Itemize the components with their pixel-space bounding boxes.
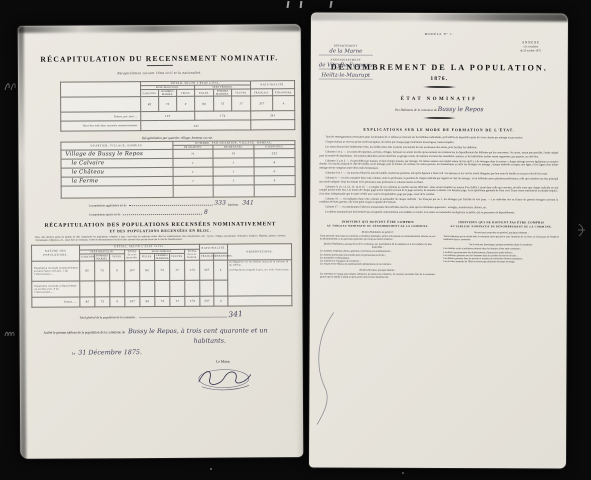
left-page-subtitle: Récapitulation suivant l'état civil et l… <box>18 70 301 76</box>
paragraph: Tous les renseignements nécessaires pour… <box>319 135 558 140</box>
nature-populations-header: NATURE DES POPULATIONS. <box>32 245 80 261</box>
arrete-handwritten: Bussy le Repos, à trois cent quarante et… <box>128 326 268 335</box>
empty-cell <box>173 186 213 198</box>
value-cell: 174 <box>185 296 200 306</box>
commune-line: Des Habitants de la commune de Bussy le … <box>311 105 568 113</box>
value-cell: 84 <box>140 260 155 280</box>
empty-cell <box>200 280 214 296</box>
empty-cell <box>251 120 295 130</box>
value-cell: 73 <box>159 97 177 112</box>
col-header: FEMMES MARIÉES. <box>214 89 232 96</box>
etat-nominatif-title: ÉTAT NOMINATIF <box>311 96 568 102</box>
value-cell: 4 <box>214 260 228 280</box>
agglomeree-value: 333 <box>214 200 225 207</box>
commune-handwritten: Bussy le Repos <box>438 106 484 113</box>
paragraph: Colonnes 6 et 7. — On inscrira d'abord l… <box>319 171 558 176</box>
observations-cell: (1) Rapporter ici les chiffres totaux de… <box>228 259 292 295</box>
explications-title: EXPLICATIONS SUR LE MODE DE FORMATION DE… <box>310 127 567 132</box>
value-cell: 79 <box>213 149 254 158</box>
margin-scribble <box>3 328 17 340</box>
paragraph: Colonne 17. — On mentionnera l'absence m… <box>319 206 558 211</box>
population-agglomeree-line: La population agglomérée est de 333 habi… <box>89 200 254 208</box>
paragraph: Chaque maison ne recevra qu'une seule in… <box>319 141 558 146</box>
margin-scribble <box>576 222 588 238</box>
recap-populations-subtitle: ET DES POPULATIONS RECENSÉES EN BLOC. <box>19 229 302 235</box>
le-printed: Le <box>72 351 76 355</box>
total-fem-header: TOTAL du sexe féminin. <box>185 249 200 260</box>
row-label: Population recensée nominativement suiva… <box>32 261 80 281</box>
eparse-value: 8 <box>204 209 208 216</box>
value-cell: 71 <box>173 150 213 159</box>
value-cell: 1 <box>213 167 254 176</box>
maire-signature <box>194 364 283 394</box>
totaux-par-sexe-label: Totaux, par sexe..... <box>61 112 141 121</box>
binding-tick <box>286 1 289 8</box>
empty-cell <box>170 280 185 296</box>
total-general-line: Total général de la population de la com… <box>79 309 242 319</box>
binding-tick <box>300 1 303 8</box>
section-head: Ne sont pas comprises en général, quoiqu… <box>444 231 560 235</box>
recap-note: Dans cette dernière partie du tableau on… <box>35 235 286 243</box>
individus-non-compris-column: INDIVIDUS QUI NE DOIVENT PAS ÊTRE COMPRI… <box>443 221 559 280</box>
value-cell: 6 <box>254 167 295 176</box>
col-header: HOMMES MARIÉS. <box>95 254 110 261</box>
paragraph: Colonnes 1 et 2. — Les noms des quartier… <box>319 151 558 159</box>
value-cell: 17 <box>170 260 185 280</box>
value-cell: 167 <box>125 296 140 306</box>
section-body: Les individus en voyage pour affaires or… <box>320 273 436 280</box>
total-masc-cell: 167 <box>141 112 195 121</box>
section-body: Toute habitation qui ne réside dans la c… <box>443 235 559 242</box>
agglomeree-label: La population agglomérée est de <box>89 204 127 208</box>
value-cell: 9 <box>110 260 125 280</box>
empty-cell <box>110 280 125 296</box>
value-cell: 4 <box>273 96 295 111</box>
value-cell: 1 <box>213 158 254 167</box>
annexe-box: ANNEXE à la circulaire du 25 octobre 187… <box>506 39 556 54</box>
col-header: FEMMES MARIÉES. <box>155 253 170 260</box>
recap-quartier-table: QUARTIER, VILLAGE, HAMEAU. NOMBRE, PAR Q… <box>60 140 295 199</box>
dotted-leader <box>122 214 202 215</box>
value-cell: 9 <box>177 97 195 112</box>
margin-scribble <box>3 78 17 94</box>
empty-cell <box>80 281 95 297</box>
value-cell: 8 <box>254 158 295 167</box>
section-head: Du fait d'habitation, quoique hors de la… <box>320 243 436 250</box>
arrondissement-handwritten: de Vitry-le-François <box>319 62 373 69</box>
recap-populations-table: NATURE DES POPULATIONS. DÉTAIL, SELON L'… <box>31 244 292 308</box>
value-cell: 337 <box>251 96 273 111</box>
paragraph: Les noms devront être lisiblement écrits… <box>319 146 558 151</box>
total-nat-cell: 341 <box>251 111 295 120</box>
arrete-printed-text: Arrêté le présent tableau de la populati… <box>44 330 126 334</box>
departement-block: DÉPARTEMENT de la Marne ARRONDISSEMENT d… <box>317 44 375 82</box>
left-page: RÉCAPITULATION DU RECENSEMENT NOMINATIF.… <box>18 24 304 459</box>
date-handwritten: 31 Décembre 1875. <box>78 348 142 356</box>
value-cell: 17 <box>170 296 185 306</box>
recap-etat-civil-table: DÉTAIL SELON L'ÉTAT CIVIL. NATIONALITÉ. … <box>60 80 295 132</box>
value-cell: 9 <box>110 296 125 306</box>
empty-cell <box>125 280 140 296</box>
left-page-title: RÉCAPITULATION DU RECENSEMENT NOMINATIF. <box>18 53 301 64</box>
value-cell: 73 <box>214 96 232 111</box>
list-line: Les ouvriers nomades de l'État ne faisan… <box>443 260 559 264</box>
empty-cell <box>155 280 170 296</box>
nationalite-header: NATIONALITÉ. <box>251 81 295 90</box>
total-masc-header: TOTAL du sexe masculin. <box>125 249 140 260</box>
binding-tick <box>329 1 332 8</box>
value-cell: 84 <box>195 96 214 111</box>
empty-header-cell <box>61 82 141 98</box>
explications-paragraphs: Tous les renseignements nécessaires pour… <box>319 135 558 215</box>
habitants-suffix: habitants <box>228 203 238 207</box>
divider <box>146 65 172 66</box>
paragraph: Le tableau nominatif une fois terminé se… <box>319 211 558 216</box>
individus-compris-column: INDIVIDUS QUI DOIVENT ÊTRE COMPRIS AU TA… <box>320 220 436 279</box>
value-cell: 1 <box>173 168 213 177</box>
column-subtitle: AU TABLEAU NOMINATIF DU DÉNOMBREMENT DE … <box>444 225 560 229</box>
commune-prefix: Des Habitants de la commune de <box>395 108 437 112</box>
paragraph: Colonnes 3, 4 et 5. — On procédera par m… <box>319 159 558 171</box>
empty-cell <box>254 185 295 197</box>
value-cell: 337 <box>200 260 214 280</box>
modele-number: MODÈLE N° 1. <box>311 31 568 36</box>
arrete-handwritten-2: habitants. <box>194 336 226 344</box>
value-cell: 73 <box>155 296 170 306</box>
row-label: Population recensée collectivement ou en… <box>32 281 80 297</box>
empty-cell <box>213 185 254 197</box>
empty-cell <box>95 281 110 297</box>
population-eparse-line: La population éparse est de 8 <box>89 209 254 217</box>
value-cell: 337 <box>200 296 214 306</box>
population-total-brace-value: 341 <box>242 200 253 207</box>
value-cell: 174 <box>185 260 200 280</box>
empty-cell <box>61 97 141 112</box>
obs-note: (2) Population comptée à part, art. 8 de… <box>229 269 290 272</box>
value-cell: 4 <box>254 176 295 185</box>
value-cell: 1 <box>173 177 213 186</box>
nationalite-header: NATIONALITÉ. <box>200 245 228 253</box>
total-nominatif-label: Total des individus recensés nominativem… <box>61 121 141 131</box>
section-head: Ne le sont pas davantage, quoique présen… <box>443 244 559 248</box>
eparse-label: La population éparse est de <box>89 213 121 217</box>
arrondissement-label: ARRONDISSEMENT <box>317 58 375 61</box>
canton-handwritten: Heiltz-le-Maurupt <box>319 72 373 79</box>
value-cell: 167 <box>125 260 140 280</box>
value-cell: 73 <box>95 297 110 307</box>
paragraph: Colonne 8. — On fera connaître dans cett… <box>319 177 558 185</box>
column-subtitle: AU TABLEAU NOMINATIF DU DÉNOMBREMENT DE … <box>320 224 436 228</box>
totaux-label: Totaux...... <box>32 297 80 307</box>
list-line: Les forçats et les détenus des établisse… <box>320 263 436 267</box>
total-general-label: Total général de la population de la com… <box>79 315 137 319</box>
value-cell: 73 <box>155 260 170 280</box>
obs-note: (1) Rapporter ici les chiffres totaux de… <box>229 261 290 267</box>
departement-label: DÉPARTEMENT <box>317 44 375 47</box>
ornament-divider <box>422 86 456 88</box>
dotted-leader <box>129 205 213 207</box>
empty-cell <box>140 280 155 296</box>
departement-handwritten: de la Marne <box>319 48 373 55</box>
value-cell: 85 <box>141 97 159 112</box>
value-cell: 1 <box>213 176 254 185</box>
value-cell: 1 <box>173 159 213 168</box>
bottom-two-columns: INDIVIDUS QUI DOIVENT ÊTRE COMPRIS AU TA… <box>320 220 559 280</box>
section-head: Du fait d'habitation en général : <box>320 230 436 234</box>
value-cell: 85 <box>80 261 95 281</box>
total-general-value: 341 <box>228 309 243 319</box>
value-cell: 84 <box>140 296 155 306</box>
value-cell: 85 <box>80 297 95 307</box>
value-cell: 323 <box>254 149 295 158</box>
paragraph: Colonne 16. — On indiquera dans cette co… <box>319 197 558 205</box>
empty-cell <box>185 280 200 296</box>
section-head: Du fait d'écriture, quoique absents : <box>320 269 436 273</box>
empty-cell <box>61 186 173 199</box>
observations-header: OBSERVATIONS. <box>228 244 292 260</box>
value-cell: 73 <box>95 261 110 281</box>
closing-block: Arrêté le présent tableau de la populati… <box>44 326 283 394</box>
annexe-line: du 25 octobre 1875. <box>507 49 555 53</box>
right-page: MODÈLE N° 1. ANNEXE à la circulaire du 2… <box>309 12 568 468</box>
paragraph: Colonnes 9, 10, 11, 12, 13, 14 et 15. — … <box>319 185 558 197</box>
empty-cell <box>214 280 228 296</box>
empty-cell <box>228 295 292 305</box>
ornament-divider <box>422 117 456 119</box>
pen-stroke <box>311 308 338 428</box>
value-cell: 17 <box>232 96 251 111</box>
value-cell: 4 <box>214 296 228 306</box>
scan-background: RÉCAPITULATION DU RECENSEMENT NOMINATIF.… <box>0 0 591 480</box>
dotted-leader <box>139 316 226 318</box>
section-body: Toute personne ayant dans la commune sa … <box>320 234 436 241</box>
